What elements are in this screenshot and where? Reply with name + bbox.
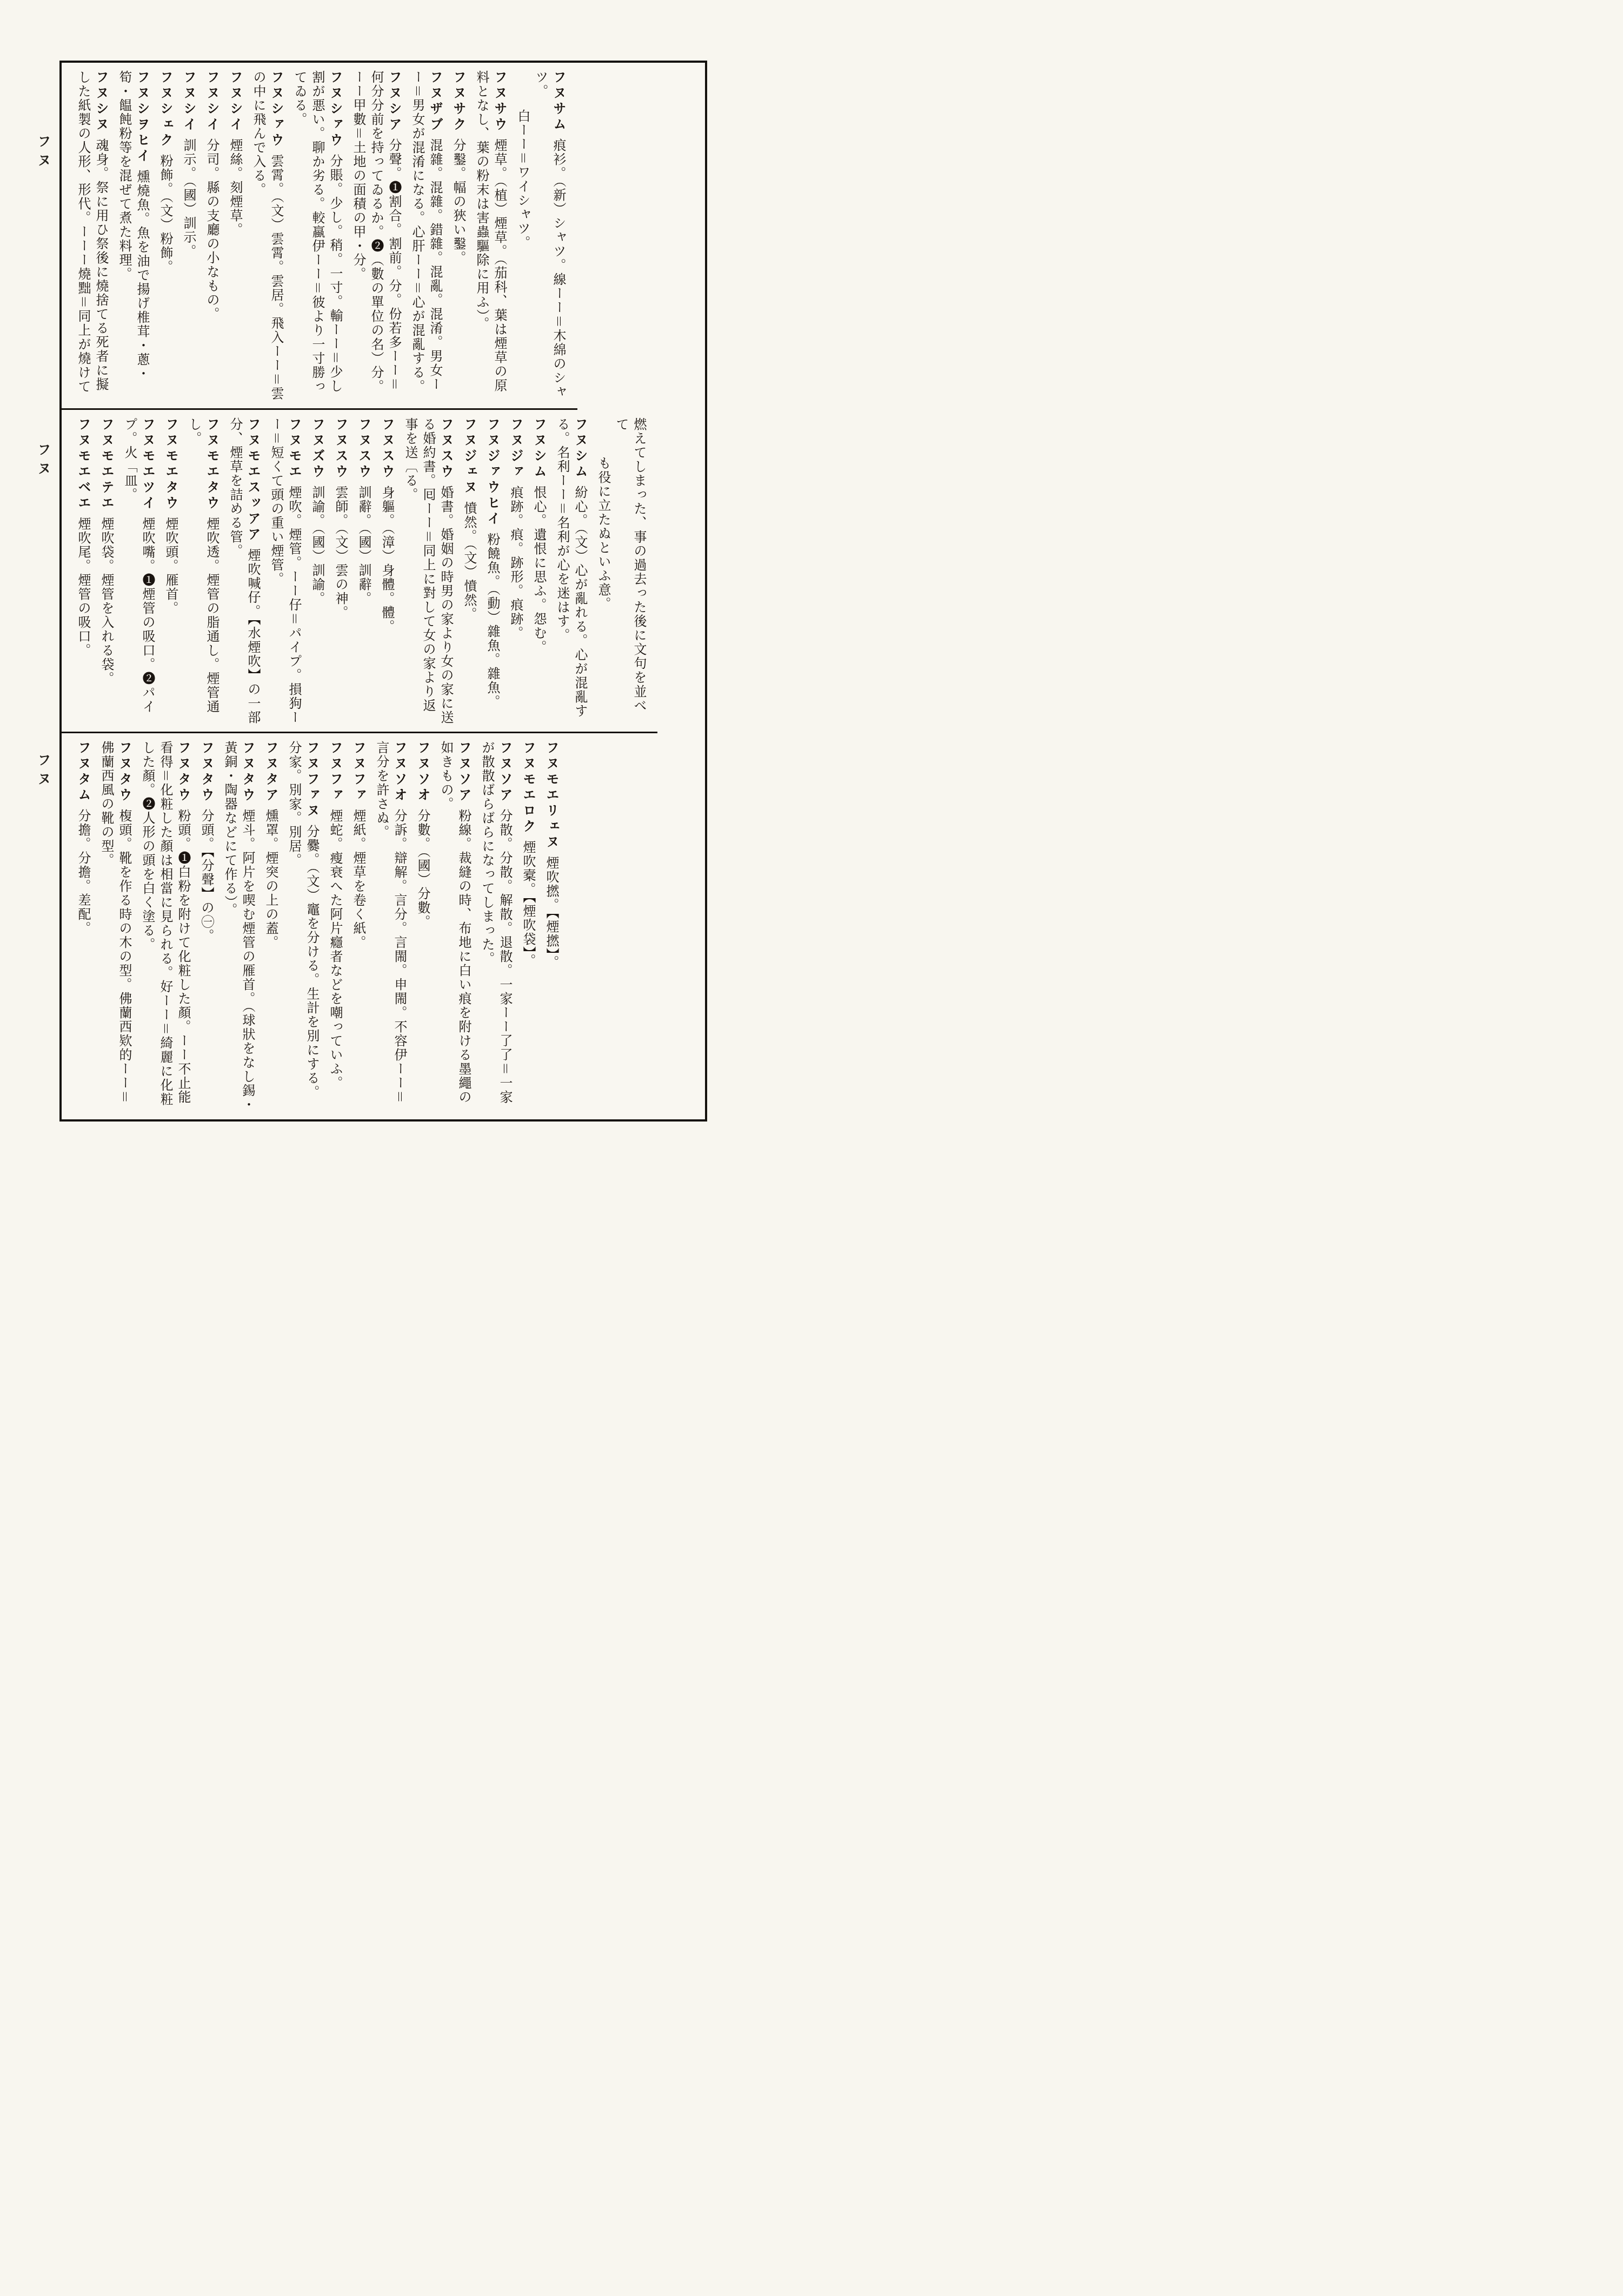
entry-headword: フヌモエベエ: [76, 417, 91, 512]
entry-headword: フヌモエロク: [521, 741, 536, 835]
dictionary-entry: フヌシヲヒイ燻燒魚。魚を油で揚げ椎茸・蔥・筍・饂飩粉等を混ぜて煮た料理。: [115, 70, 151, 403]
entry-definition: 粉飾。（文）粉飾。: [158, 154, 173, 274]
entry-definition: 雲師。（文）雲の神。: [333, 486, 348, 620]
dictionary-entry: フヌモエツイ煙吹嘴。❶煙管の吸口。❷パイプ。火「皿。: [121, 417, 157, 726]
margin-guide-label-top: フヌ: [35, 134, 53, 172]
dictionary-entry: フヌジァウヒイ粉饒魚。（動）雜魚。雜魚。: [483, 417, 502, 726]
entry-headword: フヌモエタウ: [163, 417, 179, 512]
dictionary-entry: フヌシイ煙絲。刻煙草。: [226, 70, 244, 403]
entry-definition: 煙吹袋。煙管を入れる袋。: [99, 517, 114, 686]
entry-headword: フヌジァウヒイ: [485, 417, 501, 527]
entry-headword: フヌタウ: [117, 741, 132, 804]
entry-headword: フヌタウ: [176, 741, 191, 804]
entry-sub-definitions: も役に立たぬといふ意。: [594, 417, 612, 726]
dictionary-entry: フヌソア粉線。裁縫の時、布地に白い痕を附ける墨繩の如きもの。: [437, 741, 473, 1113]
dictionary-entry: フヌモエベエ煙吹尾。煙管の吸口。: [74, 417, 92, 726]
dictionary-entry: フヌタム分擔。分擔。差配。: [74, 741, 92, 1113]
entry-headword: フヌファ: [351, 741, 367, 804]
dictionary-entry: フヌモエ煙吹。煙管。ーー仔＝パイプ。損狗ーー＝短くて頭の重い煙管。: [267, 417, 303, 726]
entry-headword: フヌソオ: [392, 741, 408, 804]
dictionary-entry: フヌスウ婚書。婚姻の時男の家より女の家に送る婚約書。囘ーー＝同上に對して女の家よ…: [401, 417, 455, 726]
entry-headword: フヌシム: [531, 417, 547, 480]
entry-headword: フヌファヌ: [304, 741, 320, 819]
entry-definition: 煙蛇。瘦衰へた阿片癮者などを嘲っていふ。: [328, 809, 343, 1090]
entry-headword: フヌジァ: [508, 417, 524, 480]
dictionary-entry: フヌタウ分頭。【分聲】の㊀。: [197, 741, 216, 1113]
entry-headword: フヌモエ: [287, 417, 302, 480]
entry-definition: 恨心。遺恨に思ふ。怨む。: [531, 486, 547, 654]
entry-definition: 憤然。（文）憤然。: [462, 501, 477, 621]
dictionary-entry: フヌザブ混雜。混雜。錯雜。混亂。混淆。男女ーー＝男女が混淆になる。心肝ーー＝心が…: [408, 70, 444, 403]
entry-definition: 分司。縣の支廳の小なもの。: [204, 138, 219, 321]
entry-headword: フヌソア: [497, 741, 513, 804]
entry-headword: フヌスウ: [333, 417, 349, 480]
dictionary-entry: フヌモエリェヌ煙吹撚。【煙撚】。: [542, 741, 561, 1113]
dictionary-entry: フヌファヌ分爨。（文）竈を分ける。生計を別にする。分家。別家。別居。: [285, 741, 321, 1113]
entry-headword: フヌソオ: [415, 741, 431, 804]
entry-definition: 分頭。【分聲】の㊀。: [199, 809, 214, 943]
entry-sub-definitions: 白ーー＝ワイシャツ。: [514, 70, 531, 403]
dictionary-entry: フヌタウ粉頭。❶白粉を附けて化粧した顏。ーー不止能看得＝化粧した顏は相當に見られ…: [138, 741, 192, 1113]
dictionary-entry: フヌシイ分司。縣の支廳の小なもの。: [203, 70, 221, 403]
dictionary-frame: フヌサム痕衫。（新）シャツ。線ーー＝木綿のシャツ。 白ーー＝ワイシャツ。 フヌサ…: [59, 61, 707, 1122]
dictionary-entry: フヌスウ身軀。（漳）身體。體。: [378, 417, 396, 726]
entry-definition: 煙吹頭。雁首。: [163, 517, 178, 615]
dictionary-entry: フヌシェク粉飾。（文）粉飾。: [156, 70, 175, 403]
entry-headword: フヌサム: [551, 70, 567, 133]
dictionary-entry: フヌファ煙蛇。瘦衰へた阿片癮者などを嘲っていふ。: [326, 741, 344, 1113]
entry-sub-definition: も役に立たぬといふ意。: [594, 417, 612, 726]
entry-headword: フヌスウ: [356, 417, 372, 480]
entry-definition: 燃えてしまった、事の過去った後に文句を並べて: [614, 417, 647, 713]
dictionary-entry: フヌシム恨心。遺恨に思ふ。怨む。: [530, 417, 548, 726]
dictionary-entry: フヌズウ訓諭。（國）訓諭。: [308, 417, 327, 726]
entry-headword: フヌモエリェヌ: [544, 741, 560, 851]
entry-headword: フヌサウ: [492, 70, 508, 133]
entry-definition: 訓諭。（國）訓諭。: [310, 486, 325, 606]
entry-sub-definition: 白ーー＝ワイシャツ。: [514, 70, 531, 403]
entry-headword: フヌモエツイ: [140, 417, 156, 512]
dictionary-entry: フヌシム紛心。（文）心が亂れる。心が混亂する。名利ーー＝名利が心を迷はす。: [553, 417, 589, 726]
entry-headword: フヌシイ: [181, 70, 197, 133]
entry-definition: 分數。（國）分數。: [415, 809, 430, 929]
entry-definition: 煙紙。煙草を卷く紙。: [351, 809, 366, 950]
entry-definition: 煙吹槖。【煙吹袋】。: [521, 840, 536, 968]
entry-headword: フヌスウ: [380, 417, 395, 480]
entry-headword: フヌザブ: [428, 70, 443, 133]
entry-definition: 煙絲。刻煙草。: [228, 138, 243, 237]
entry-headword: フヌシイ: [228, 70, 243, 133]
entry-headword: フヌシア: [387, 70, 402, 133]
entry-headword: フヌスウ: [438, 417, 454, 480]
entry-headword: フヌシァウ: [328, 70, 343, 149]
dictionary-entry: フヌサク分鑿。幅の狹い鑿。: [449, 70, 468, 403]
entry-definition: 訓辭。（國）訓辭。: [356, 486, 371, 606]
entry-headword: フヌタム: [76, 741, 91, 804]
dictionary-entry: フヌサム痕衫。（新）シャツ。線ーー＝木綿のシャツ。 白ーー＝ワイシャツ。: [514, 70, 568, 403]
dictionary-entry: フヌジァ痕跡。痕。跡形。痕跡。: [507, 417, 525, 726]
scanned-dictionary-page: { "page_number": "711", "margin_label": …: [0, 0, 811, 1148]
entry-headword: フヌタウ: [199, 741, 215, 804]
dictionary-entry: フヌシァウ分賬。少し。稍。一寸。輸ーー＝少し割が悪い。聊か劣る。較蠃伊ーー＝彼よ…: [290, 70, 344, 403]
entry-definition: 分鑿。幅の狹い鑿。: [451, 138, 466, 265]
dictionary-entry: フヌソア分散。分散。解散。退散。一家ーー了了＝一家が散散ばらばらになってしまった…: [478, 741, 514, 1113]
dictionary-entry: フヌシヌ魂身。祭に用ひ祭後に燒捨てる死者に擬した紙製の人形、形代。ーーー燒黜＝同…: [74, 70, 110, 403]
dictionary-entry: フヌタア燻罩。煙突の上の蓋。: [262, 741, 280, 1113]
entry-definition: 身軀。（漳）身體。體。: [380, 486, 395, 634]
dictionary-entry: フヌモエスッアア煙吹喊仔。【水煙吹】の一部分、煙草を詰める管。: [226, 417, 262, 726]
entry-definition: 粉饒魚。（動）雜魚。雜魚。: [485, 533, 500, 709]
dictionary-entry: 燃えてしまった、事の過去った後に文句を並べて も役に立たぬといふ意。: [594, 417, 648, 726]
section-top: フヌサム痕衫。（新）シャツ。線ーー＝木綿のシャツ。 白ーー＝ワイシャツ。 フヌサ…: [62, 63, 577, 410]
section-middle: 燃えてしまった、事の過去った後に文句を並べて も役に立たぬといふ意。 フヌシム紛…: [62, 410, 657, 733]
dictionary-entry: フヌスウ訓辭。（國）訓辭。: [355, 417, 373, 726]
dictionary-entry: フヌソオ分數。（國）分數。: [414, 741, 432, 1113]
dictionary-entry: フヌシイ訓示。（國）訓示。: [179, 70, 198, 403]
entry-headword: フヌタア: [263, 741, 279, 804]
entry-definition: 煙吹尾。煙管の吸口。: [76, 517, 91, 658]
entry-headword: フヌズウ: [310, 417, 325, 480]
margin-guide-label-bottom: フヌ: [35, 753, 53, 791]
dictionary-entry: フヌモエロク煙吹槖。【煙吹袋】。: [519, 741, 537, 1113]
entry-headword: フヌモエスッアア: [245, 417, 261, 543]
entry-headword: フヌモエテエ: [99, 417, 115, 512]
margin-guide-label-middle: フヌ: [35, 442, 53, 480]
entry-headword: フヌソア: [456, 741, 472, 804]
dictionary-entry: フヌジェヌ憤然。（文）憤然。: [460, 417, 478, 726]
dictionary-entry: フヌモエタウ煙吹頭。雁首。: [162, 417, 180, 726]
entry-definition: 分擔。分擔。差配。: [76, 809, 91, 935]
entry-headword: フヌシヲヒイ: [135, 70, 150, 164]
dictionary-entry: フヌファ煙紙。煙草を卷く紙。: [349, 741, 368, 1113]
entry-headword: フヌタウ: [240, 741, 256, 804]
entry-headword: フヌサク: [451, 70, 467, 133]
entry-headword: フヌシム: [573, 417, 588, 480]
dictionary-entry: フヌタウ煙斗。阿片を喫む煙管の雁首。（球狀をなし錫・黃銅・陶器などにて作る）。: [221, 741, 257, 1113]
dictionary-entry: フヌモエテエ煙吹袋。煙管を入れる袋。: [97, 417, 116, 726]
entry-headword: フヌファ: [328, 741, 343, 804]
entry-definition: 煙吹撚。【煙撚】。: [544, 856, 559, 970]
dictionary-entry: フヌシア分聲。❶割合。割前。分。份若多ーー＝何分分前を持ってゐるか。❷（數の單位…: [349, 70, 403, 403]
dictionary-entry: フヌソオ分訴。辯解。言分。言閙。申閙。不容伊ーー＝言分を許さぬ。: [373, 741, 409, 1113]
entry-definition: 訓示。（國）訓示。: [181, 138, 196, 258]
dictionary-entry: フヌタウ椱頭。靴を作る時の木の型。佛蘭西欵的ーー＝佛蘭西風の靴の型。: [97, 741, 134, 1113]
dictionary-entry: フヌモエタウ煙吹透。煙管の脂通し。煙管通し。: [185, 417, 221, 726]
section-bottom: フヌモエリェヌ煙吹撚。【煙撚】。 フヌモエロク煙吹槖。【煙吹袋】。 フヌソア分散…: [62, 733, 570, 1118]
entry-headword: フヌシイ: [204, 70, 220, 133]
dictionary-entry: フヌサウ煙草。（植）煙草。（茄科、葉は煙草の原料となし、葉の粉末は害蟲驅除に用ふ…: [473, 70, 509, 403]
entry-definition: 痕跡。痕。跡形。痕跡。: [508, 486, 523, 640]
entry-headword: フヌジェヌ: [462, 417, 477, 496]
entry-headword: フヌモエタウ: [204, 417, 220, 512]
entry-definition: 燻罩。煙突の上の蓋。: [263, 809, 278, 950]
dictionary-entry: フヌシァウ雲霄。（文）雲霄。雲居。飛入ーー＝雲の中に飛んで入る。: [249, 70, 285, 403]
entry-headword: フヌシァウ: [269, 70, 284, 149]
entry-headword: フヌシェク: [158, 70, 174, 149]
dictionary-entry: フヌスウ雲師。（文）雲の神。: [331, 417, 350, 726]
entry-headword: フヌシヌ: [94, 70, 109, 133]
